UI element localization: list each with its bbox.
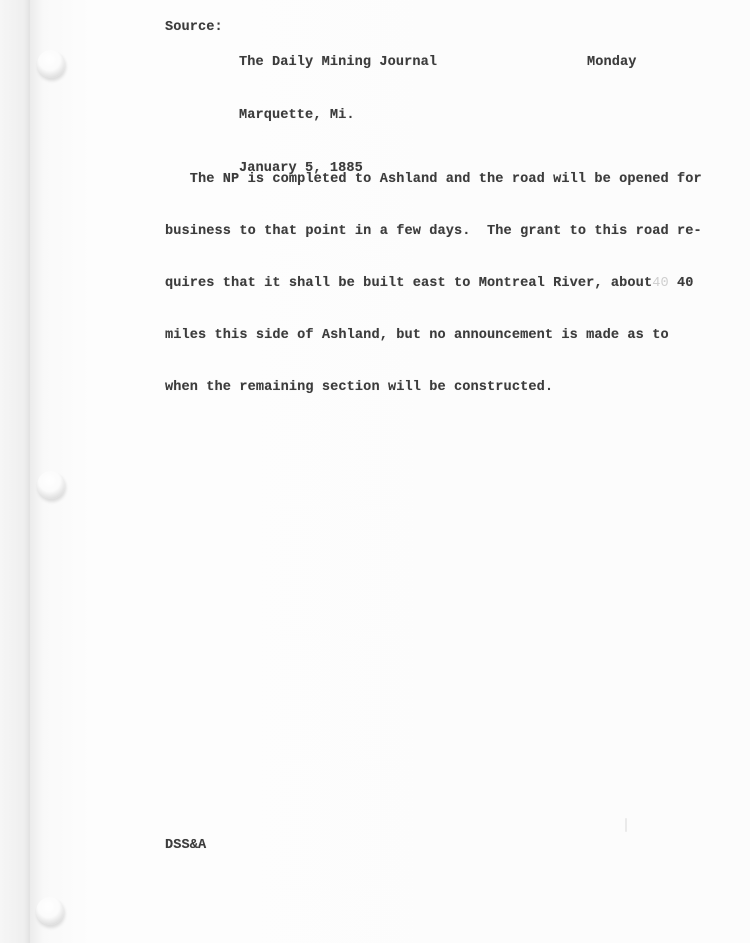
article-body: The NP is completed to Ashland and the r… [165,136,710,414]
faint-correction: 40 [652,276,669,291]
weekday: Monday [587,54,637,71]
punch-hole-top [37,50,65,78]
article-line-3: quires that it shall be built east to Mo… [165,275,710,292]
article-line-2: business to that point in a few days. Th… [165,223,710,240]
publication-location: Marquette, Mi. [239,107,437,125]
footer-code: DSS&A [165,837,206,854]
publication-name: The Daily Mining Journal [239,54,437,72]
article-line-5: when the remaining section will be const… [165,379,710,396]
scan-margin [0,0,30,943]
source-label: Source: [165,19,223,36]
punch-hole-bottom [36,897,64,925]
article-line-3-tail: 40 [669,276,694,291]
article-line-3-text: quires that it shall be built east to Mo… [165,276,652,291]
paper-mark [625,818,627,832]
article-line-1: The NP is completed to Ashland and the r… [165,171,710,188]
punch-hole-middle [37,471,65,499]
article-line-4: miles this side of Ashland, but no annou… [165,327,710,344]
